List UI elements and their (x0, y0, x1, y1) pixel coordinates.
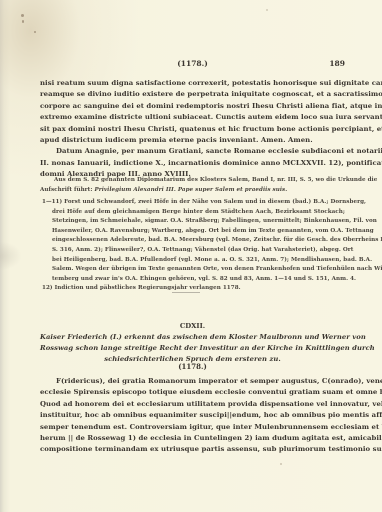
text-line: F(ridericus), dei gratia Romanorum imper… (40, 376, 345, 387)
source-note-line: Aufschrift führt: Privilegium Alexandri … (40, 186, 345, 196)
text-line: instituitur, hoc ab omnibus equanimiter … (40, 410, 345, 421)
datum-line: Datum Anagnie, per manum Gratiani, sanct… (40, 146, 345, 157)
text-line: Quod ad honorem dei et ecclesiarum utili… (40, 399, 345, 410)
text-line: herum || de Rossewag 1) de ecclesia in C… (40, 433, 345, 444)
ink-spot (34, 31, 36, 33)
text-line: nisi reatum suum digna satisfactione cor… (40, 78, 345, 89)
source-note: Aus dem S. 82 genannten Diplomatarium de… (40, 176, 345, 195)
running-head-year: (1178.) (40, 59, 345, 68)
text-line: extremo examine districte ultioni subiac… (40, 112, 345, 123)
footnotes: 1—11) Forst und Schwandorf, zwei Höfe in… (40, 198, 345, 294)
source-note-title: Privilegium Alexandri III. Pape super Sa… (94, 187, 287, 193)
text-line: semper tenendum est. Controversiam igitu… (40, 422, 345, 433)
footnote-line: Stetzingen, im Schmeiehale, sigmar. O.A.… (40, 217, 345, 227)
text-line: compositione terminandam ex utriusque pa… (40, 444, 345, 455)
datum-line: II. nonas Ianuarii, indictione X., incar… (40, 158, 345, 169)
footnote-line: eingeschlossenen Adelsreute, bad. B.A. M… (40, 236, 345, 246)
rubric-line: Rosswag schon lange streitige Recht der … (40, 343, 345, 354)
footnote-line: Hasenweiler, O.A. Ravensburg; Wartberg, … (40, 227, 345, 237)
footnote-line: bei Heiligenberg, bad. B.A. Pfullendorf … (40, 256, 345, 266)
footnote-line: S. 316, Anm. 2); Flinsweiler?, O.A. Tett… (40, 246, 345, 256)
footnote-line: Salem. Wegen der übrigen im Texte genann… (40, 265, 345, 275)
document-year: (1178.) (40, 362, 345, 371)
text-line: sit pax domini nostri Ihesu Christi, qua… (40, 124, 345, 135)
text-line: reamque se divino iuditio existere de pe… (40, 89, 345, 100)
charter-text: nisi reatum suum digna satisfactione cor… (40, 78, 345, 181)
footnote-line: 1—11) Forst und Schwandorf, zwei Höfe in… (40, 198, 345, 208)
footnote-line: drei Höfe auf dem gleichnamigen Berge hi… (40, 208, 345, 218)
charter2-text: F(ridericus), dei gratia Romanorum imper… (40, 376, 345, 456)
scanned-page: (1178.) 189 nisi reatum suum digna satis… (0, 0, 382, 512)
page-number: 189 (329, 59, 345, 68)
rubric-line: Kaiser Friederich (I.) erkennt das zwisc… (40, 332, 345, 343)
running-head: (1178.) 189 (40, 59, 345, 71)
text-line: apud districtum iudicem premia eterne pa… (40, 135, 345, 146)
text-line: corpore ac sanguine dei et domini redemp… (40, 101, 345, 112)
ink-spot (22, 20, 24, 23)
ink-spot (280, 463, 282, 465)
text-line: ecclesie Spirensis episcopo totique eius… (40, 387, 345, 398)
section-divider (172, 292, 200, 293)
document-number: CDXII. (40, 322, 345, 330)
source-note-prefix: Aufschrift führt: (40, 187, 92, 193)
ink-spot (266, 9, 268, 11)
document-rubric: Kaiser Friederich (I.) erkennt das zwisc… (40, 332, 345, 365)
source-note-line: Aus dem S. 82 genannten Diplomatarium de… (40, 176, 345, 186)
ink-spot (21, 14, 24, 17)
footnote-line: temberg und zwar in's O.A. Ehingen gehör… (40, 275, 345, 285)
